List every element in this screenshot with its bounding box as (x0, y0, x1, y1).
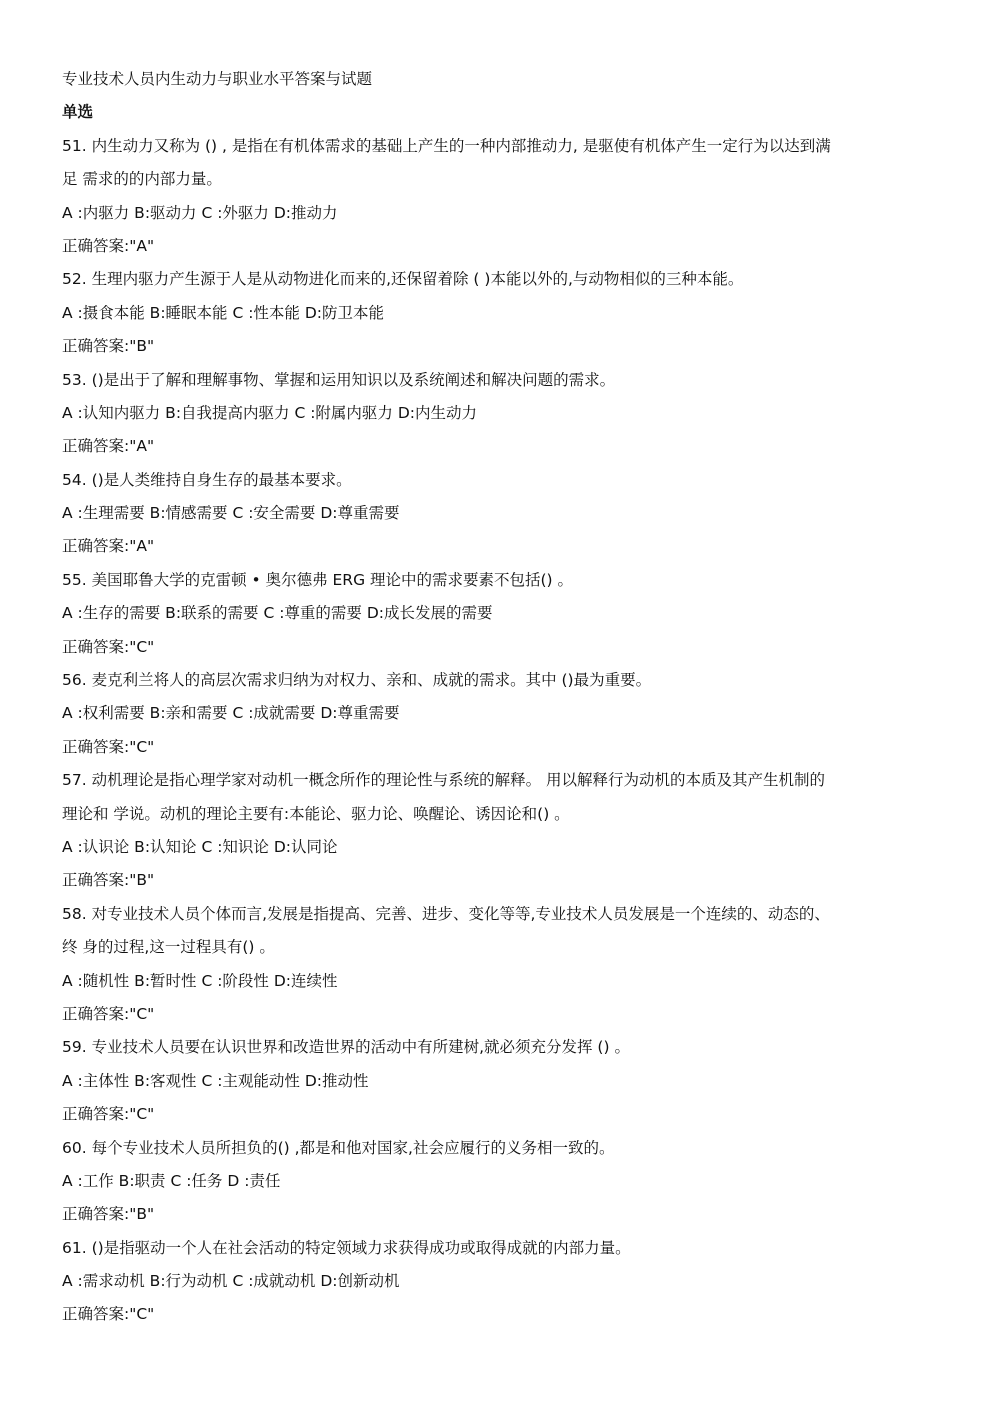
question-57: 57. 动机理论是指心理学家对动机一概念所作的理论性与系统的解释。 用以解释行为… (62, 764, 942, 898)
correct-answer: 正确答案:"C" (62, 998, 942, 1031)
question-text: 61. ()是指驱动一个人在社会活动的特定领域力求获得成功或取得成就的内部力量。 (62, 1232, 942, 1265)
question-text: 55. 美国耶鲁大学的克雷顿 • 奥尔德弗 ERG 理论中的需求要素不包括() … (62, 564, 942, 597)
correct-answer: 正确答案:"A" (62, 430, 942, 463)
question-text: 足 需求的的内部力量。 (62, 163, 942, 196)
question-text: 52. 生理内驱力产生源于人是从动物进化而来的,还保留着除 ( )本能以外的,与… (62, 263, 942, 296)
correct-answer: 正确答案:"C" (62, 1098, 942, 1131)
question-59: 59. 专业技术人员要在认识世界和改造世界的活动中有所建树,就必须充分发挥 ()… (62, 1031, 942, 1131)
question-text: 理论和 学说。动机的理论主要有:本能论、驱力论、唤醒论、诱因论和() 。 (62, 798, 942, 831)
question-58: 58. 对专业技术人员个体而言,发展是指提高、完善、进步、变化等等,专业技术人员… (62, 898, 942, 1032)
question-text: 54. ()是人类维持自身生存的最基本要求。 (62, 464, 942, 497)
correct-answer: 正确答案:"B" (62, 1198, 942, 1231)
correct-answer: 正确答案:"C" (62, 1298, 942, 1331)
question-options: A :认识论 B:认知论 C :知识论 D:认同论 (62, 831, 942, 864)
correct-answer: 正确答案:"B" (62, 330, 942, 363)
question-options: A :认知内驱力 B:自我提高内驱力 C :附属内驱力 D:内生动力 (62, 397, 942, 430)
question-54: 54. ()是人类维持自身生存的最基本要求。 A :生理需要 B:情感需要 C … (62, 464, 942, 564)
question-51: 51. 内生动力又称为 () , 是指在有机体需求的基础上产生的一种内部推动力,… (62, 130, 942, 264)
question-options: A :生理需要 B:情感需要 C :安全需要 D:尊重需要 (62, 497, 942, 530)
question-53: 53. ()是出于了解和理解事物、掌握和运用知识以及系统阐述和解决问题的需求。 … (62, 364, 942, 464)
question-options: A :随机性 B:暂时性 C :阶段性 D:连续性 (62, 965, 942, 998)
question-text: 53. ()是出于了解和理解事物、掌握和运用知识以及系统阐述和解决问题的需求。 (62, 364, 942, 397)
question-text: 59. 专业技术人员要在认识世界和改造世界的活动中有所建树,就必须充分发挥 ()… (62, 1031, 942, 1064)
correct-answer: 正确答案:"A" (62, 530, 942, 563)
question-options: A :生存的需要 B:联系的需要 C :尊重的需要 D:成长发展的需要 (62, 597, 942, 630)
question-options: A :需求动机 B:行为动机 C :成就动机 D:创新动机 (62, 1265, 942, 1298)
question-text: 57. 动机理论是指心理学家对动机一概念所作的理论性与系统的解释。 用以解释行为… (62, 764, 942, 797)
correct-answer: 正确答案:"C" (62, 631, 942, 664)
question-options: A :主体性 B:客观性 C :主观能动性 D:推动性 (62, 1065, 942, 1098)
question-options: A :工作 B:职责 C :任务 D :责任 (62, 1165, 942, 1198)
question-text: 51. 内生动力又称为 () , 是指在有机体需求的基础上产生的一种内部推动力,… (62, 130, 942, 163)
document-page: 专业技术人员内生动力与职业水平答案与试题 单选 51. 内生动力又称为 () ,… (62, 63, 942, 1332)
question-60: 60. 每个专业技术人员所担负的() ,都是和他对国家,社会应履行的义务相一致的… (62, 1132, 942, 1232)
correct-answer: 正确答案:"A" (62, 230, 942, 263)
question-text: 终 身的过程,这一过程具有() 。 (62, 931, 942, 964)
question-options: A :权利需要 B:亲和需要 C :成就需要 D:尊重需要 (62, 697, 942, 730)
correct-answer: 正确答案:"B" (62, 864, 942, 897)
question-55: 55. 美国耶鲁大学的克雷顿 • 奥尔德弗 ERG 理论中的需求要素不包括() … (62, 564, 942, 664)
question-text: 58. 对专业技术人员个体而言,发展是指提高、完善、进步、变化等等,专业技术人员… (62, 898, 942, 931)
correct-answer: 正确答案:"C" (62, 731, 942, 764)
question-text: 60. 每个专业技术人员所担负的() ,都是和他对国家,社会应履行的义务相一致的… (62, 1132, 942, 1165)
question-52: 52. 生理内驱力产生源于人是从动物进化而来的,还保留着除 ( )本能以外的,与… (62, 263, 942, 363)
section-heading: 单选 (62, 96, 942, 129)
document-title: 专业技术人员内生动力与职业水平答案与试题 (62, 63, 942, 96)
question-56: 56. 麦克利兰将人的高层次需求归纳为对权力、亲和、成就的需求。其中 ()最为重… (62, 664, 942, 764)
question-options: A :摄食本能 B:睡眠本能 C :性本能 D:防卫本能 (62, 297, 942, 330)
question-61: 61. ()是指驱动一个人在社会活动的特定领域力求获得成功或取得成就的内部力量。… (62, 1232, 942, 1332)
question-text: 56. 麦克利兰将人的高层次需求归纳为对权力、亲和、成就的需求。其中 ()最为重… (62, 664, 942, 697)
question-options: A :内驱力 B:驱动力 C :外驱力 D:推动力 (62, 197, 942, 230)
